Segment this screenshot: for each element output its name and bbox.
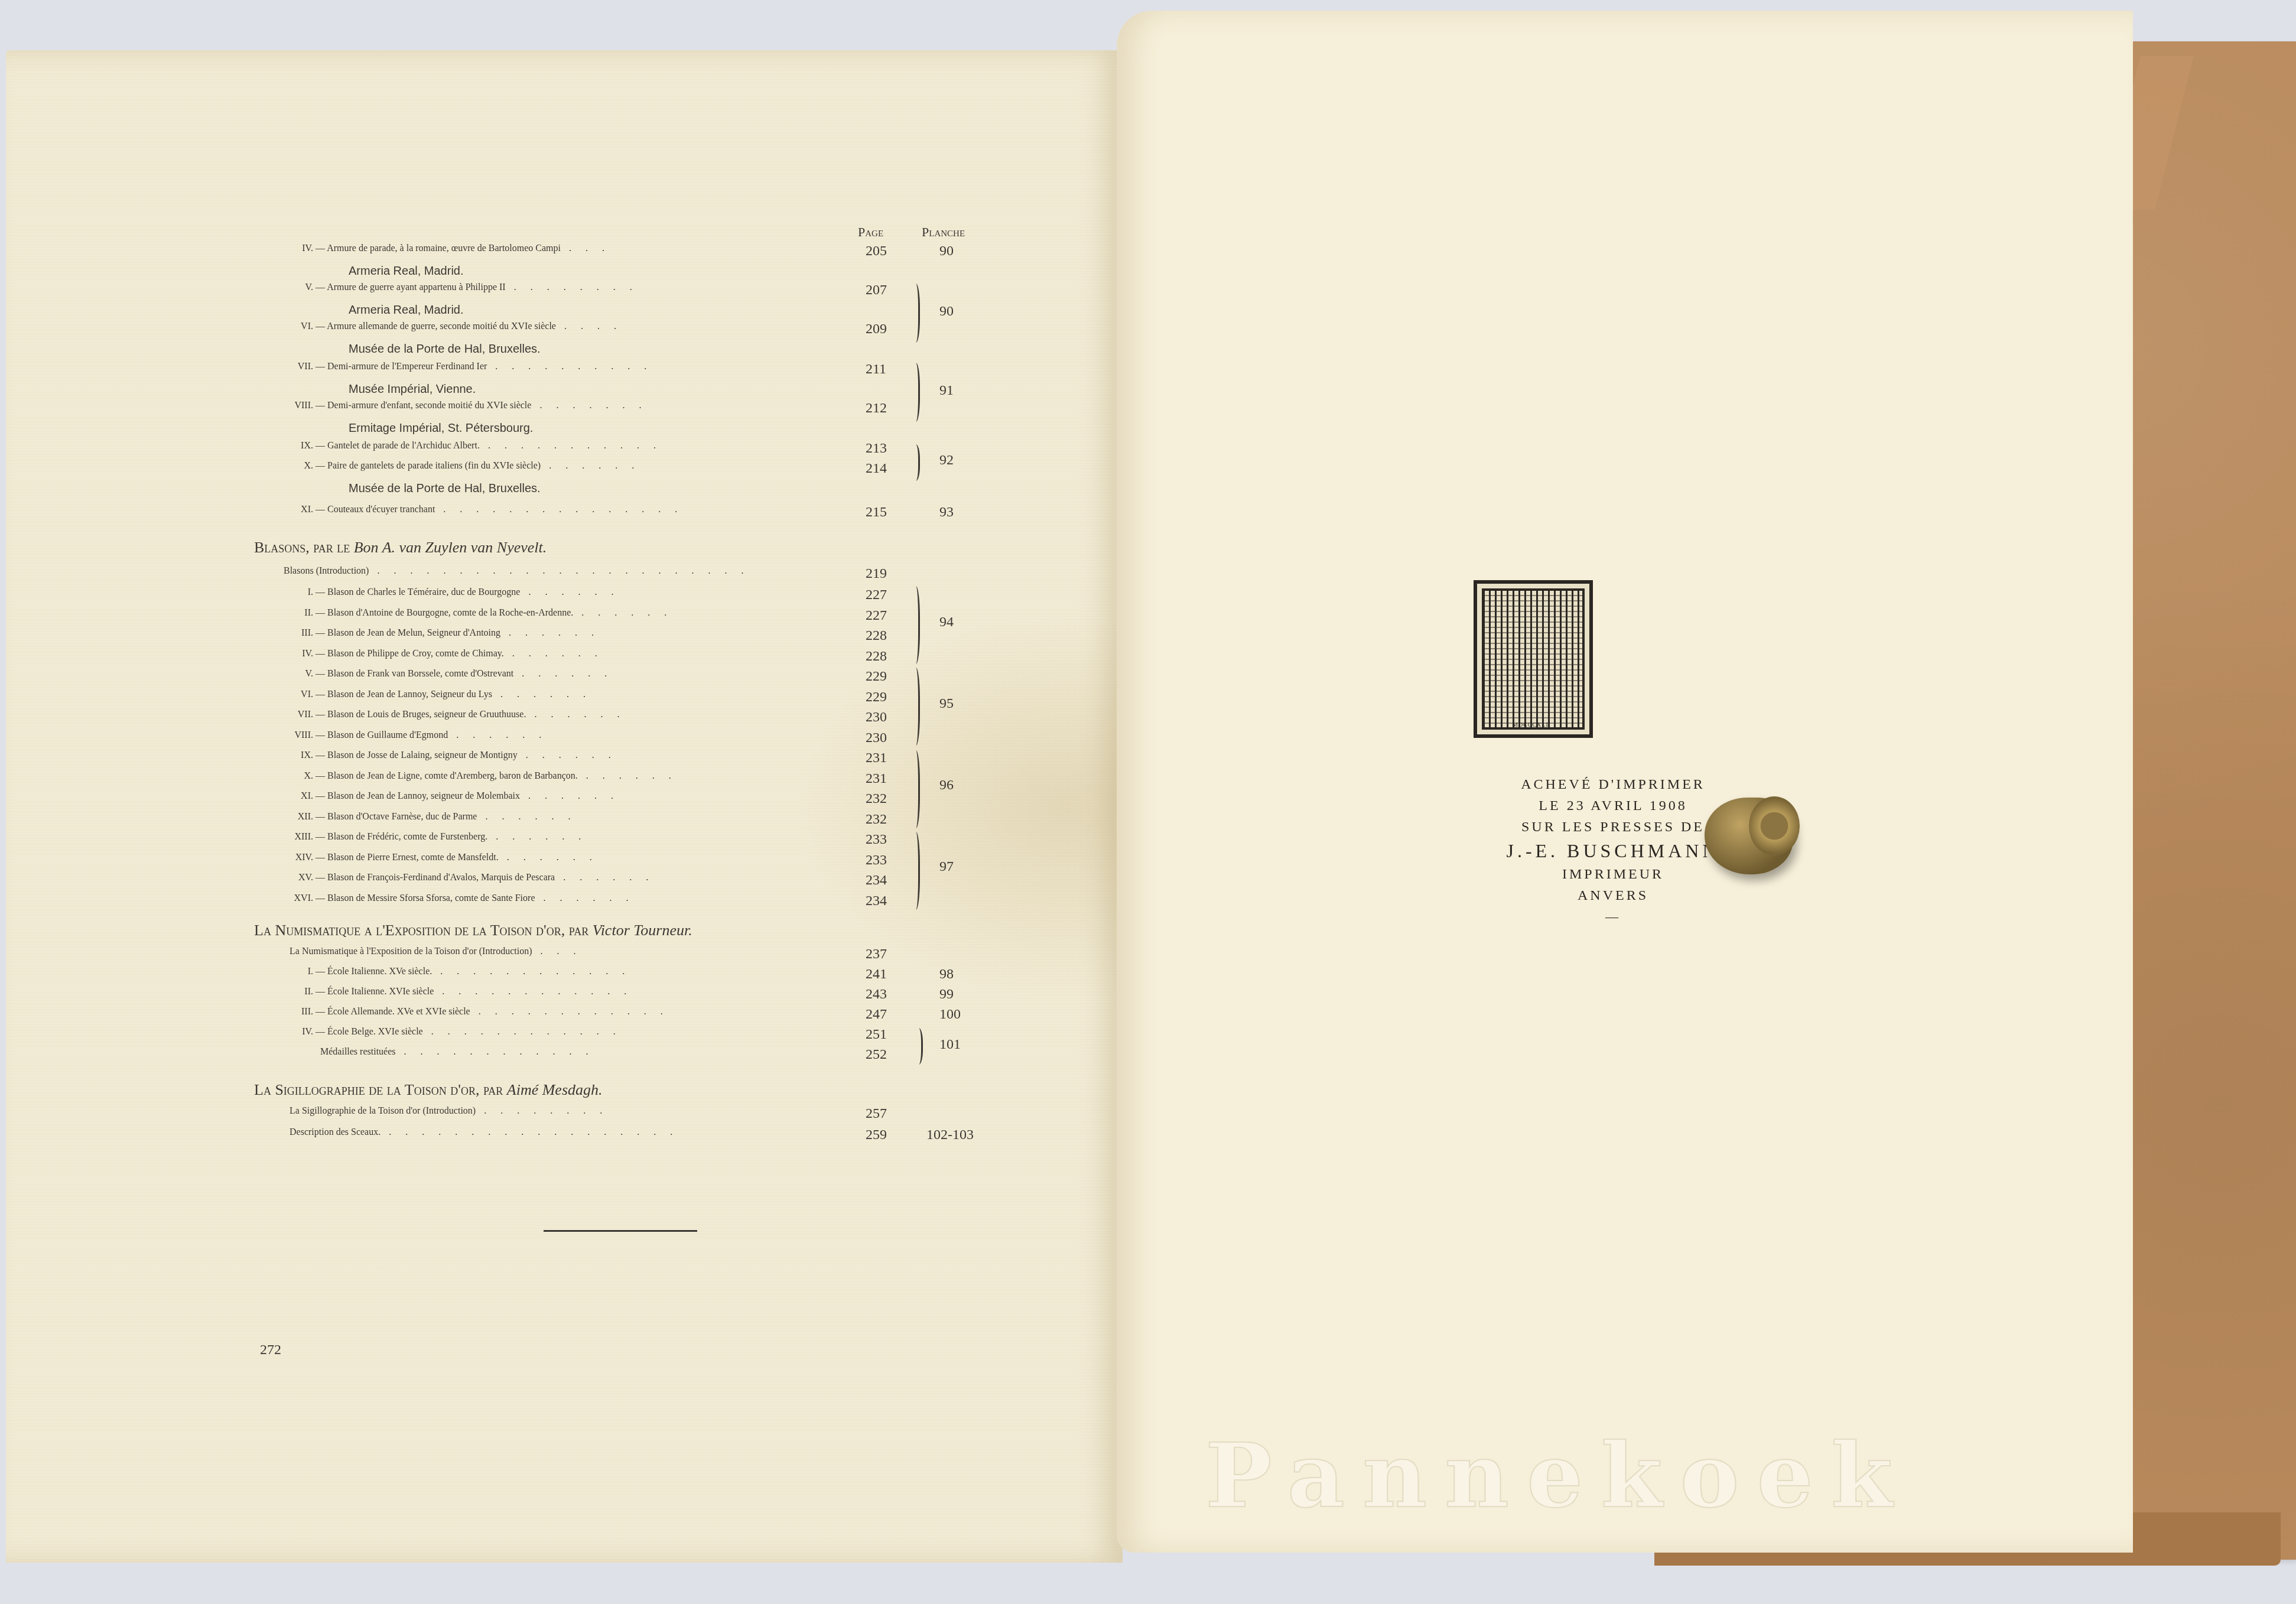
toc-entry: V. — Armure de guerre ayant appartenu à … xyxy=(260,282,638,293)
page-number: 272 xyxy=(260,1342,281,1358)
entry-page: 227 xyxy=(866,587,887,603)
brace-icon xyxy=(910,444,920,481)
entry-page: 247 xyxy=(866,1007,887,1023)
brace-icon xyxy=(910,586,920,664)
entry-page: 259 xyxy=(866,1127,887,1143)
toc-entry: XIV. — Blason de Pierre Ernest, comte de… xyxy=(254,853,598,863)
entry-page: 228 xyxy=(866,628,887,644)
brace-icon xyxy=(910,363,920,422)
entry-location: Musée Impérial, Vienne. xyxy=(349,383,476,396)
entry-plate: 91 xyxy=(939,383,954,399)
toc-entry: III. — École Allemande. XVe et XVIe sièc… xyxy=(254,1007,669,1017)
entry-plate: 101 xyxy=(939,1037,961,1053)
toc-entry: XII. — Blason d'Octave Farnèse, duc de P… xyxy=(254,812,576,822)
toc-entry: II. — Blason d'Antoine de Bourgogne, com… xyxy=(254,608,672,619)
entry-page: 211 xyxy=(866,362,886,378)
colophon-line: ACHEVÉ D'IMPRIMER xyxy=(1406,774,1820,795)
entry-location: Musée de la Porte de Hal, Bruxelles. xyxy=(349,343,541,356)
entry-page: 214 xyxy=(866,461,887,477)
toc-entry: XIII. — Blason de Frédéric, comte de Fur… xyxy=(254,832,587,842)
entry-page: 213 xyxy=(866,441,887,457)
entry-plate: 93 xyxy=(939,505,954,520)
entry-page: 234 xyxy=(866,873,887,889)
entry-page: 252 xyxy=(866,1047,887,1063)
toc-entry: IV. — École Belge. XVIe siècle . . . . .… xyxy=(254,1027,622,1037)
section-heading-sigillographie: La Sigillographie de la Toison d'or, par… xyxy=(254,1081,603,1099)
toc-entry: Médailles restituées . . . . . . . . . .… xyxy=(254,1047,594,1058)
paper-watermark: Pannekoek xyxy=(1205,1424,1910,1528)
entry-page: 230 xyxy=(866,730,887,746)
toc-entry: VI. — Blason de Jean de Lannoy, Seigneur… xyxy=(254,689,591,700)
toc-entry: IV. — Blason de Philippe de Croy, comte … xyxy=(254,649,603,659)
toc-entry: VIII. — Demi-armure d'enfant, seconde mo… xyxy=(260,401,647,411)
entry-page: 228 xyxy=(866,649,887,665)
toc-entry: XI. — Couteaux d'écuyer tranchant . . . … xyxy=(260,505,683,515)
toc-entry: III. — Blason de Jean de Melun, Seigneur… xyxy=(254,628,600,639)
entry-plate: 90 xyxy=(939,304,954,320)
toc-entry: IV. — Armure de parade, à la romaine, œu… xyxy=(260,243,610,254)
toc-entry: X. — Blason de Jean de Ligne, comte d'Ar… xyxy=(254,771,677,782)
toc-entry: XI. — Blason de Jean de Lannoy, seigneur… xyxy=(254,791,619,802)
brace-icon xyxy=(910,284,920,343)
entry-page: 232 xyxy=(866,791,887,807)
intro-page: 219 xyxy=(866,566,887,582)
brace-icon xyxy=(910,832,920,910)
entry-plate: 98 xyxy=(939,967,954,982)
toc-entry: X. — Paire de gantelets de parade italie… xyxy=(260,461,640,471)
entry-page: 233 xyxy=(866,832,887,848)
brace-icon xyxy=(913,1028,923,1065)
group-plate: 94 xyxy=(939,614,954,630)
entry-location: Armeria Real, Madrid. xyxy=(349,265,464,278)
brass-weight-top xyxy=(1749,796,1800,855)
printer-woodcut-device xyxy=(1474,580,1593,738)
section-intro: La Numismatique à l'Exposition de la Toi… xyxy=(290,946,582,957)
entry-location: Armeria Real, Madrid. xyxy=(349,304,464,317)
toc-entry: VII. — Demi-armure de l'Empereur Ferdina… xyxy=(260,362,652,372)
entry-page: 209 xyxy=(866,321,887,337)
toc-entry: I. — Blason de Charles le Téméraire, duc… xyxy=(254,587,619,598)
entry-page: 233 xyxy=(866,853,887,868)
section-intro: Blasons (Introduction) . . . . . . . . .… xyxy=(284,566,749,577)
entry-location: Ermitage Impérial, St. Pétersbourg. xyxy=(349,422,533,435)
entry-page: 230 xyxy=(866,710,887,725)
woodcut-year: MDCCCXLII xyxy=(1513,722,1551,728)
closing-rule xyxy=(544,1230,697,1232)
entry-page: 215 xyxy=(866,505,887,520)
column-header-plate: Planche xyxy=(922,225,965,240)
entry-page: 227 xyxy=(866,608,887,624)
entry-plate: 92 xyxy=(939,453,954,468)
entry-page: 232 xyxy=(866,812,887,828)
entry-page: 229 xyxy=(866,689,887,705)
toc-entry: I. — École Italienne. XVe siècle. . . . … xyxy=(254,967,630,977)
colophon-city: ANVERS xyxy=(1406,885,1820,906)
entry-page: 231 xyxy=(866,750,887,766)
toc-entry: VII. — Blason de Louis de Bruges, seigne… xyxy=(254,710,625,720)
toc-entry: VIII. — Blason de Guillaume d'Egmond . .… xyxy=(254,730,547,741)
toc-entry: Description des Sceaux. . . . . . . . . … xyxy=(290,1127,678,1138)
colophon-dash: — xyxy=(1406,906,1820,928)
brace-icon xyxy=(910,668,920,746)
toc-entry: IX. — Gantelet de parade de l'Archiduc A… xyxy=(260,441,662,451)
entry-page: 241 xyxy=(866,967,887,982)
entry-page: 229 xyxy=(866,669,887,685)
section-heading-numismatique: La Numismatique a l'Exposition de la Toi… xyxy=(254,922,692,939)
toc-entry: IX. — Blason de Josse de Lalaing, seigne… xyxy=(254,750,617,761)
entry-plate: 90 xyxy=(939,243,954,259)
intro-page: 257 xyxy=(866,1106,887,1122)
group-plate: 95 xyxy=(939,696,954,712)
entry-page: 231 xyxy=(866,771,887,787)
brace-icon xyxy=(910,750,920,828)
toc-entry: XV. — Blason de François-Ferdinand d'Ava… xyxy=(254,873,654,883)
entry-page: 251 xyxy=(866,1027,887,1043)
entry-page: 205 xyxy=(866,243,887,259)
section-intro: La Sigillographie de la Toison d'or (Int… xyxy=(290,1106,608,1117)
entry-plate: 99 xyxy=(939,987,954,1003)
left-page xyxy=(6,50,1123,1563)
entry-plate: 100 xyxy=(939,1007,961,1023)
intro-page: 237 xyxy=(866,946,887,962)
column-header-page: Page xyxy=(858,225,883,240)
entry-plate: 102-103 xyxy=(926,1127,974,1143)
entry-page: 243 xyxy=(866,987,887,1003)
toc-entry: VI. — Armure allemande de guerre, second… xyxy=(260,321,622,332)
section-heading-blasons: Blasons, par le Bon A. van Zuylen van Ny… xyxy=(254,539,547,557)
toc-entry: II. — École Italienne. XVIe siècle . . .… xyxy=(254,987,632,997)
group-plate: 97 xyxy=(939,859,954,875)
entry-page: 234 xyxy=(866,893,887,909)
entry-location: Musée de la Porte de Hal, Bruxelles. xyxy=(349,482,541,496)
toc-entry: XVI. — Blason de Messire Sforsa Sforsa, … xyxy=(254,893,634,904)
toc-entry: V. — Blason de Frank van Borssele, comte… xyxy=(254,669,613,679)
group-plate: 96 xyxy=(939,777,954,793)
entry-page: 207 xyxy=(866,282,887,298)
entry-page: 212 xyxy=(866,401,887,417)
